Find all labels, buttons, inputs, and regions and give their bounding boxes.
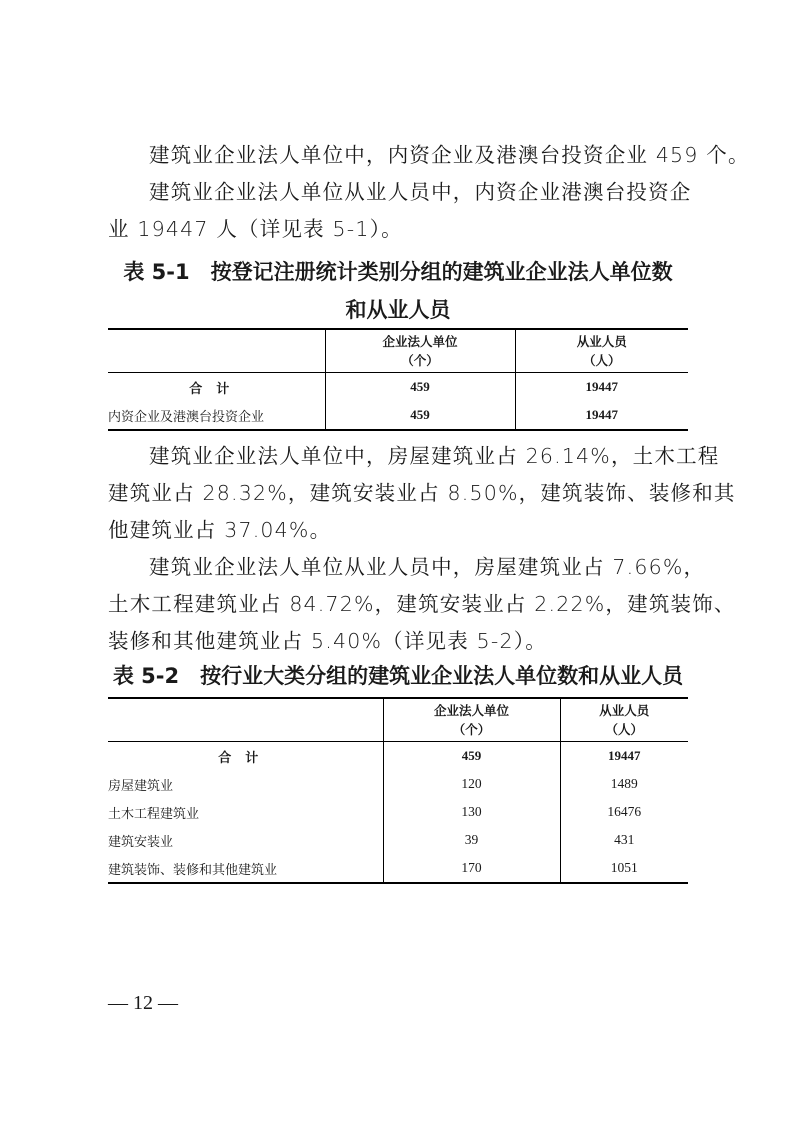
table-row: 建筑安装业 39 431 [108, 826, 688, 854]
row-label: 建筑装饰、装修和其他建筑业 [108, 854, 383, 883]
row-employees: 1489 [560, 770, 688, 798]
row-units: 170 [383, 854, 560, 883]
header-employees-label: 从业人员 [516, 332, 689, 351]
header-units: 企业法人单位 （个） [383, 698, 560, 742]
row-employees: 19447 [560, 742, 688, 771]
table1-title: 表 5-1 按登记注册统计类别分组的建筑业企业法人单位数 [108, 256, 688, 286]
header-employees: 从业人员 （人） [560, 698, 688, 742]
table-row: 内资企业及港澳台投资企业 459 19447 [108, 401, 688, 430]
header-units-label: 企业法人单位 [326, 332, 515, 351]
table-row-total: 合计 459 19447 [108, 742, 688, 771]
row-employees: 19447 [515, 401, 688, 430]
table-5-2: 企业法人单位 （个） 从业人员 （人） 合计 459 19447 房屋建筑业 1… [108, 697, 688, 884]
row-label: 合计 [108, 742, 383, 771]
row-units: 459 [325, 373, 515, 402]
table1-title-cont: 和从业人员 [108, 294, 688, 324]
paragraph-line: 建筑业企业法人单位从业人员中，内资企业港澳台投资企 [108, 174, 688, 211]
table-5-1: 企业法人单位 （个） 从业人员 （人） 合计 459 19447 内资企业及港澳… [108, 328, 688, 431]
row-units: 120 [383, 770, 560, 798]
header-empty [108, 329, 325, 373]
row-units: 459 [383, 742, 560, 771]
header-employees-label: 从业人员 [561, 701, 689, 720]
paragraph-4: 建筑业企业法人单位从业人员中，房屋建筑业占 7.66%， 土木工程建筑业占 84… [108, 549, 688, 660]
header-employees-unit: （人） [516, 351, 689, 370]
paragraph-3: 建筑业企业法人单位中，房屋建筑业占 26.14%，土木工程 建筑业占 28.32… [108, 438, 688, 549]
header-units-label: 企业法人单位 [384, 701, 560, 720]
paragraph-line: 建筑业企业法人单位中，房屋建筑业占 26.14%，土木工程 [108, 438, 688, 475]
header-units-unit: （个） [326, 351, 515, 370]
row-label: 合计 [108, 373, 325, 402]
header-employees: 从业人员 （人） [515, 329, 688, 373]
table-row-total: 合计 459 19447 [108, 373, 688, 402]
row-employees: 431 [560, 826, 688, 854]
paragraph-line: 土木工程建筑业占 84.72%，建筑安装业占 2.22%，建筑装饰、 [108, 586, 688, 623]
table-row: 建筑装饰、装修和其他建筑业 170 1051 [108, 854, 688, 883]
row-label: 内资企业及港澳台投资企业 [108, 401, 325, 430]
page-number: — 12 — [108, 992, 178, 1015]
header-units: 企业法人单位 （个） [325, 329, 515, 373]
row-employees: 16476 [560, 798, 688, 826]
table2-title: 表 5-2 按行业大类分组的建筑业企业法人单位数和从业人员 [108, 660, 688, 690]
paragraph-line: 建筑业占 28.32%，建筑安装业占 8.50%，建筑装饰、装修和其 [108, 475, 688, 512]
row-employees: 1051 [560, 854, 688, 883]
row-units: 39 [383, 826, 560, 854]
header-empty [108, 698, 383, 742]
paragraph-line: 他建筑业占 37.04%。 [108, 512, 688, 549]
table-row: 房屋建筑业 120 1489 [108, 770, 688, 798]
row-label: 建筑安装业 [108, 826, 383, 854]
paragraph-line: 装修和其他建筑业占 5.40%（详见表 5-2）。 [108, 623, 688, 660]
header-employees-unit: （人） [561, 720, 689, 739]
paragraph-1: 建筑业企业法人单位中，内资企业及港澳台投资企业 459 个。 [108, 137, 688, 174]
row-label: 房屋建筑业 [108, 770, 383, 798]
paragraph-2: 建筑业企业法人单位从业人员中，内资企业港澳台投资企 业 19447 人（详见表 … [108, 174, 688, 248]
paragraph-line: 业 19447 人（详见表 5-1）。 [108, 211, 688, 248]
row-units: 130 [383, 798, 560, 826]
header-units-unit: （个） [384, 720, 560, 739]
row-employees: 19447 [515, 373, 688, 402]
table-header-row: 企业法人单位 （个） 从业人员 （人） [108, 329, 688, 373]
row-units: 459 [325, 401, 515, 430]
paragraph-line: 建筑业企业法人单位从业人员中，房屋建筑业占 7.66%， [108, 549, 688, 586]
row-label: 土木工程建筑业 [108, 798, 383, 826]
table-header-row: 企业法人单位 （个） 从业人员 （人） [108, 698, 688, 742]
table-row: 土木工程建筑业 130 16476 [108, 798, 688, 826]
paragraph-line: 建筑业企业法人单位中，内资企业及港澳台投资企业 459 个。 [108, 137, 688, 174]
